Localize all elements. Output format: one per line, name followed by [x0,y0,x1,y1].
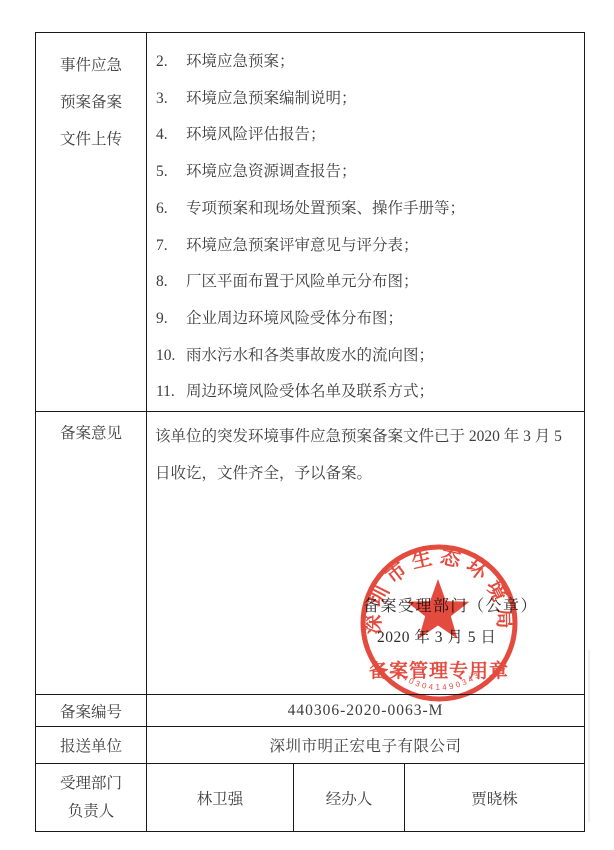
item-text: 环境应急预案编制说明； [186,90,357,107]
list-item: 2.环境应急预案； [156,44,578,81]
scanned-document-page: { "colors": { "seal_red": "#e23b2e", "in… [0,0,614,850]
item-number: 2. [156,44,186,81]
item-text: 企业周边环境风险受体分布图； [186,310,403,327]
row-upload-files: 事件应急 预案备案 文件上传 2.环境应急预案； 3.环境应急预案编制说明； 4… [36,33,585,412]
record-number-label: 备案编号 [36,695,147,727]
item-number: 11. [156,374,186,411]
handler-label: 经办人 [294,764,405,832]
row-handlers: 受理部门 负责人 林卫强 经办人 贾晓株 [36,764,585,832]
opinion-content-cell: 该单位的突发环境事件应急预案备案文件已于 2020 年 3 月 5 日收讫，文件… [147,412,585,695]
item-text: 环境应急预案评审意见与评分表； [186,237,419,254]
item-number: 3. [156,81,186,118]
upload-list-cell: 2.环境应急预案； 3.环境应急预案编制说明； 4.环境风险评估报告； 5.环境… [147,33,585,412]
opinion-text: 该单位的突发环境事件应急预案备案文件已于 2020 年 3 月 5 日收讫，文件… [147,412,584,492]
item-number: 7. [156,228,186,265]
handlers-label-cell: 受理部门 负责人 [36,764,147,832]
upload-label-line: 文件上传 [36,121,146,158]
row-submitter: 报送单位 深圳市明正宏电子有限公司 [36,727,585,764]
list-item: 9.企业周边环境风险受体分布图； [156,301,578,338]
upload-label-line: 预案备案 [36,84,146,121]
item-text: 环境应急资源调查报告； [186,163,357,180]
item-number: 5. [156,154,186,191]
item-text: 环境应急预案； [186,53,295,70]
item-text: 专项预案和现场处置预案、操作手册等； [186,200,465,217]
opinion-line: 该单位的突发环境事件应急预案备案文件已于 2020 年 3 月 5 [155,418,574,455]
submitter-value: 深圳市明正宏电子有限公司 [147,727,585,764]
handlers-label-line: 负责人 [36,798,146,826]
list-item: 7.环境应急预案评审意见与评分表； [156,228,578,265]
submitter-label: 报送单位 [36,727,147,764]
opinion-label-cell: 备案意见 [36,412,147,695]
acceptance-dept-line: 备案受理部门（公章） [363,593,538,616]
seal-bottom-title: 备案管理专用章 [369,659,509,682]
item-number: 8. [156,264,186,301]
list-item: 8.厂区平面布置于风险单元分布图； [156,264,578,301]
upload-label-cell: 事件应急 预案备案 文件上传 [36,33,147,412]
list-item: 11.周边环境风险受体名单及联系方式； [156,374,578,411]
acceptance-date-line: 2020 年 3 月 5 日 [377,625,496,647]
official-red-seal: 深圳市生态环境局 4403041490343 备案管理专用章 [349,533,529,713]
list-item: 5.环境应急资源调查报告； [156,154,578,191]
item-text: 厂区平面布置于风险单元分布图； [186,273,419,290]
item-number: 9. [156,301,186,338]
seal-org-arc-text: 深圳市生态环境局 [362,544,517,635]
list-item: 3.环境应急预案编制说明； [156,81,578,118]
row-filing-opinion: 备案意见 该单位的突发环境事件应急预案备案文件已于 2020 年 3 月 5 日… [36,412,585,695]
seal-ring [363,547,515,699]
upload-file-list: 2.环境应急预案； 3.环境应急预案编制说明； 4.环境风险评估报告； 5.环境… [147,33,584,411]
list-item: 10.雨水污水和各类事故废水的流向图； [156,338,578,375]
item-text: 周边环境风险受体名单及联系方式； [186,383,434,400]
row-record-number: 备案编号 440306-2020-0063-M [36,695,585,727]
record-number-value: 440306-2020-0063-M [147,695,585,727]
item-text: 雨水污水和各类事故废水的流向图； [186,347,434,364]
seal-code-arc-text: 4403041490343 [395,669,483,692]
item-text: 环境风险评估报告； [186,126,326,143]
director-name: 林卫强 [147,764,294,832]
upload-label-line: 事件应急 [36,47,146,84]
handlers-label-line: 受理部门 [36,770,146,798]
scan-edge-artifact [588,650,590,822]
opinion-label: 备案意见 [60,425,122,442]
item-number: 10. [156,338,186,375]
filing-form-table: 事件应急 预案备案 文件上传 2.环境应急预案； 3.环境应急预案编制说明； 4… [35,32,585,832]
opinion-line: 日收讫，文件齐全，予以备案。 [155,455,574,492]
list-item: 6.专项预案和现场处置预案、操作手册等； [156,191,578,228]
item-number: 6. [156,191,186,228]
handler-name: 贾晓株 [405,764,585,832]
list-item: 4.环境风险评估报告； [156,117,578,154]
item-number: 4. [156,117,186,154]
